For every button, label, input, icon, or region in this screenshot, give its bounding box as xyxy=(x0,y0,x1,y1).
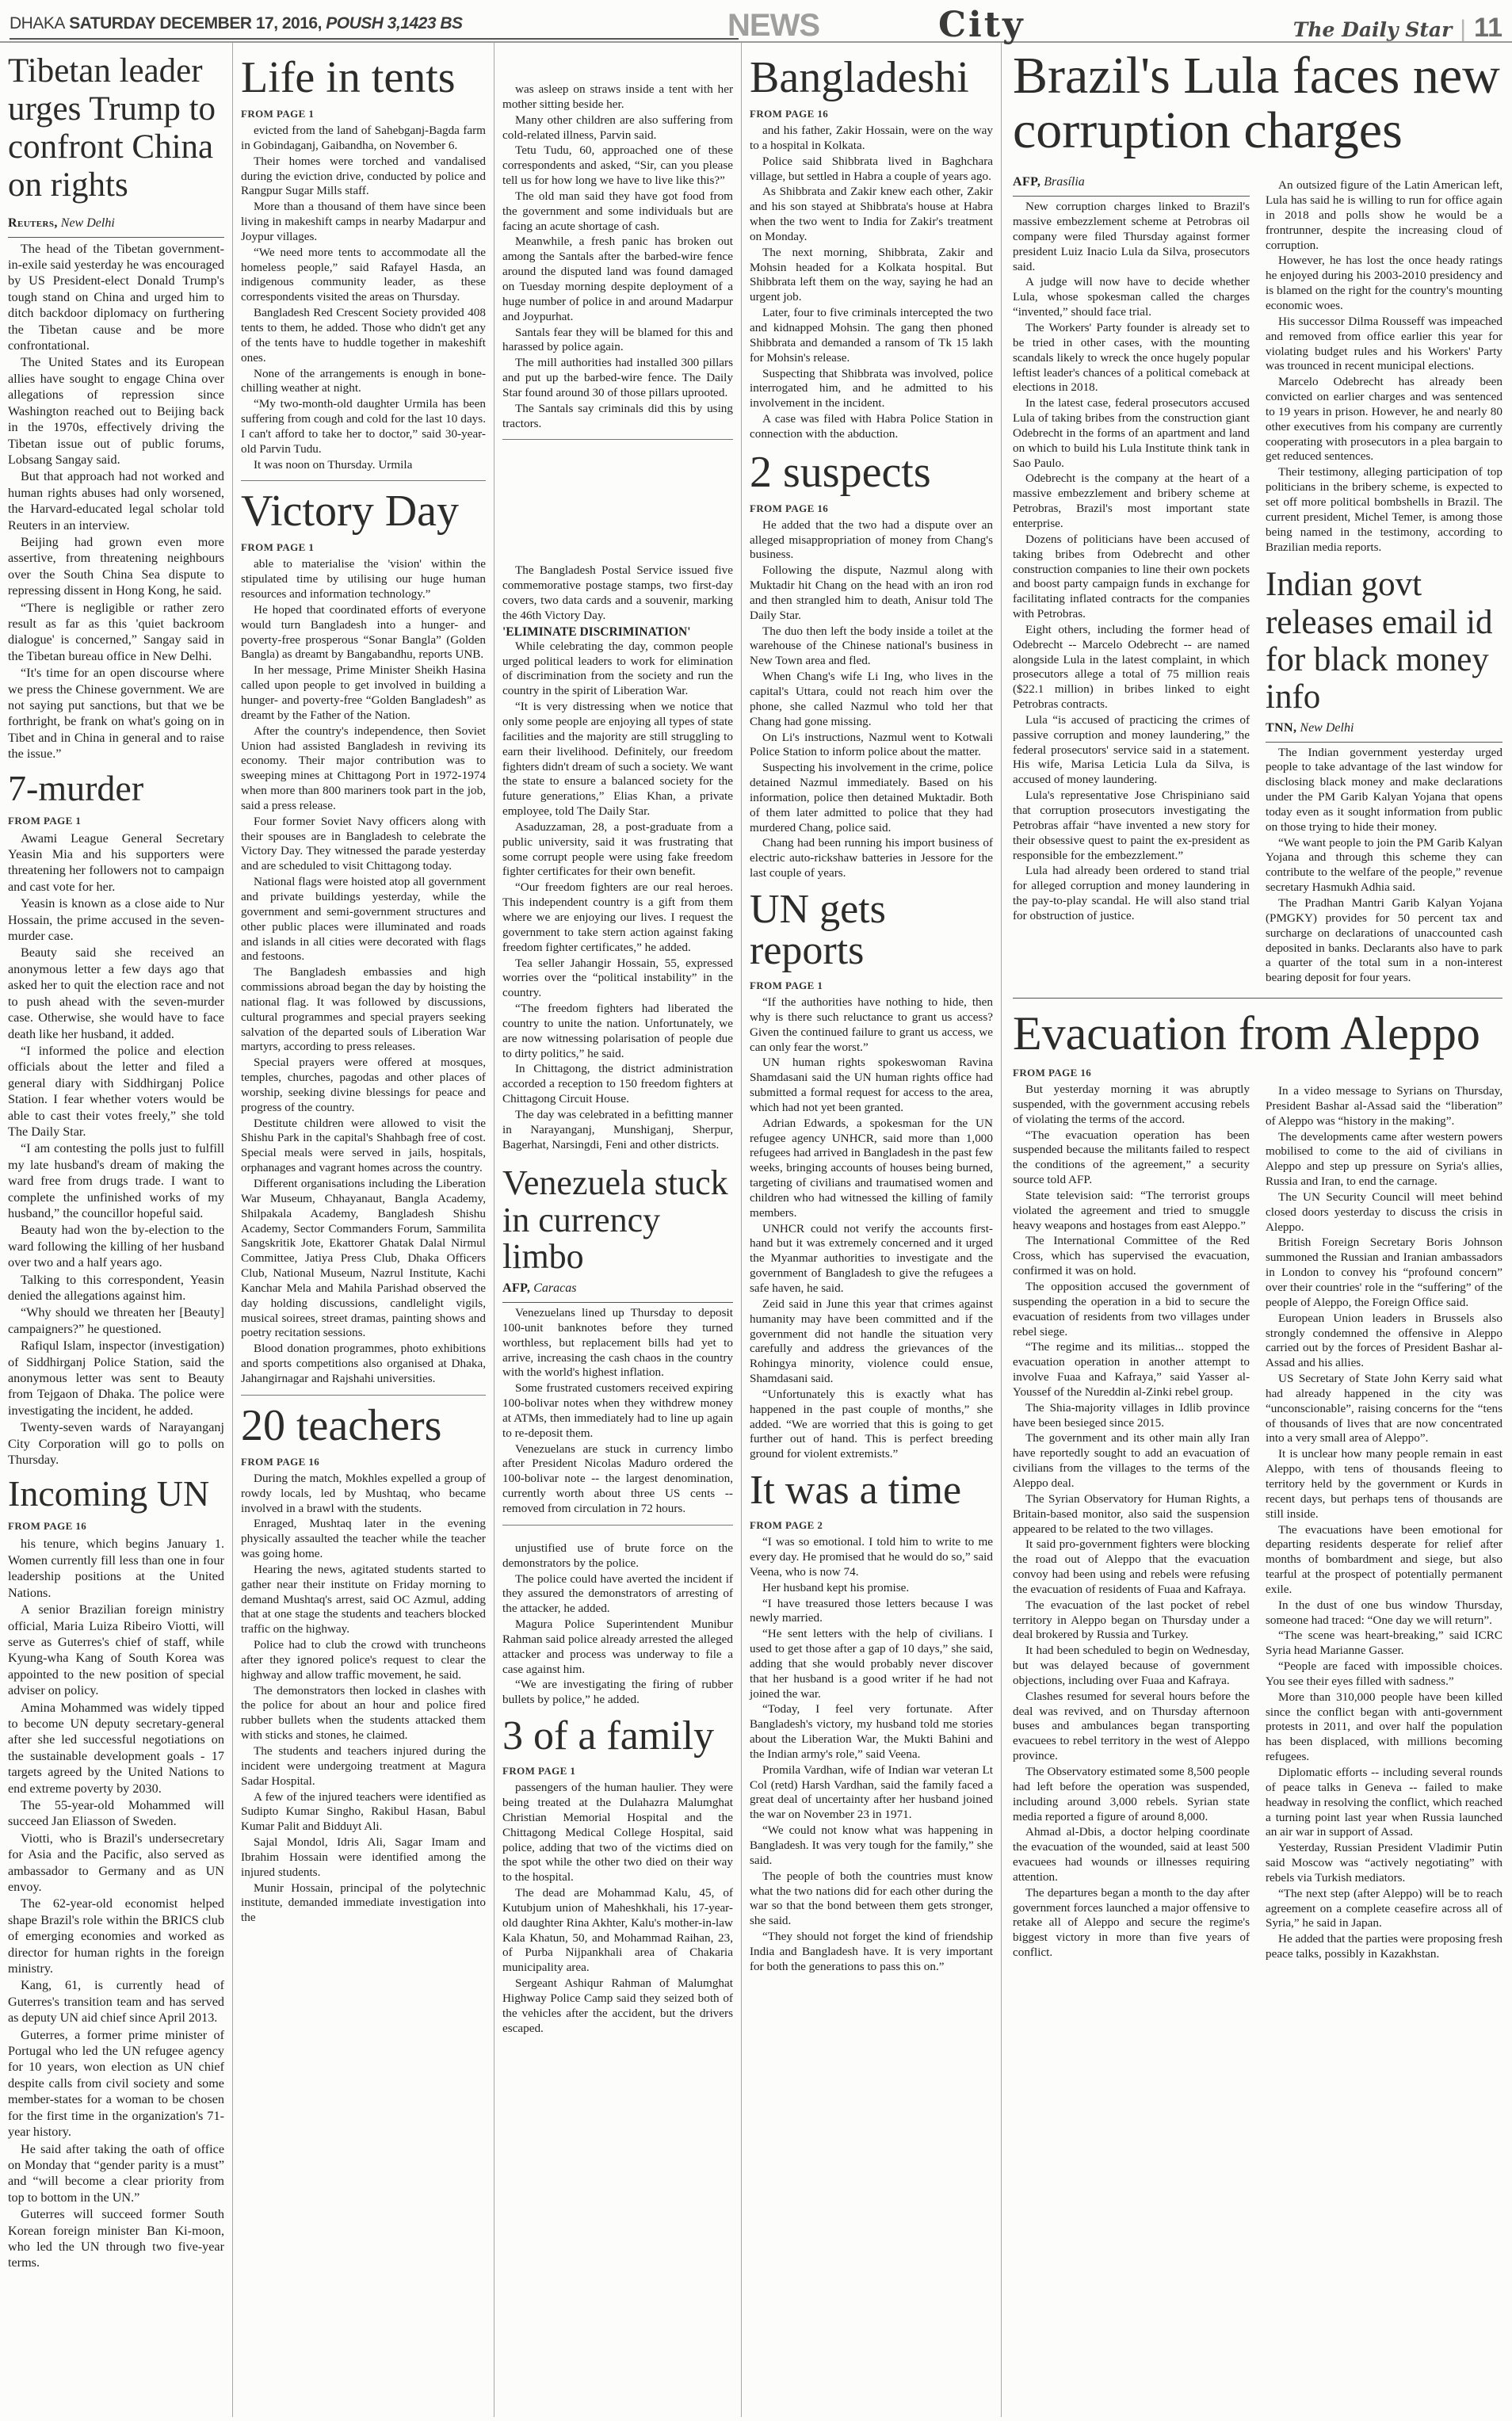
article-incoming-un: Incoming UN FROM PAGE 16 his tenure, whi… xyxy=(8,1476,224,2270)
headline: Brazil's Lula faces new corruption charg… xyxy=(1013,49,1502,158)
lula-column-b: An outsized figure of the Latin American… xyxy=(1266,170,1502,987)
headline: Life in tents xyxy=(241,55,486,100)
paragraph: was asleep on straws inside a tent with … xyxy=(502,82,733,113)
byline-location: New Delhi xyxy=(61,216,115,230)
paragraph: The government and its other main ally I… xyxy=(1013,1431,1250,1491)
paragraph: able to materialise the 'vision' within … xyxy=(241,557,486,602)
paragraph: Some frustrated customers received expir… xyxy=(502,1381,733,1441)
article-2-suspects: 2 suspects FROM PAGE 16 He added that th… xyxy=(750,450,993,881)
page-number: 11 xyxy=(1474,17,1502,40)
paragraph: An outsized figure of the Latin American… xyxy=(1266,178,1502,253)
paragraph: “People are faced with impossible choice… xyxy=(1266,1659,1502,1690)
paragraph: The Observatory estimated some 8,500 peo… xyxy=(1013,1765,1250,1824)
paragraph: his tenure, which begins January 1. Wome… xyxy=(8,1536,224,1601)
paragraph: Police said Shibbrata lived in Baghchara… xyxy=(750,155,993,185)
paragraph: Hearing the news, agitated students star… xyxy=(241,1563,486,1637)
article-divider xyxy=(241,1395,486,1396)
paragraph: After the country's independence, then S… xyxy=(241,724,486,814)
paragraph: The demonstrators then locked in clashes… xyxy=(241,1684,486,1743)
paragraph: “The evacuation operation has been suspe… xyxy=(1013,1128,1250,1188)
column-2: Life in tents FROM PAGE 1 evicted from t… xyxy=(233,43,494,2417)
paragraph: British Foreign Secretary Boris Johnson … xyxy=(1266,1235,1502,1310)
article-un-gets-reports: UN gets reports FROM PAGE 1 “If the auth… xyxy=(750,889,993,1462)
paragraph: Guterres will succeed former South Korea… xyxy=(8,2206,224,2271)
paragraph: The UN Security Council will meet behind… xyxy=(1266,1190,1502,1235)
jump-kicker: FROM PAGE 16 xyxy=(1013,1067,1250,1079)
jump-kicker: FROM PAGE 1 xyxy=(241,108,486,120)
paragraph: In the dust of one bus window Thursday, … xyxy=(1266,1598,1502,1629)
paragraph: The Workers' Party founder is already se… xyxy=(1013,321,1250,395)
article-body: In a video message to Syrians on Thursda… xyxy=(1266,1084,1502,1962)
paragraph: “It is very distressing when we notice t… xyxy=(502,700,733,819)
paragraph: “I have treasured those letters because … xyxy=(750,1597,993,1627)
dateline: DHAKA SATURDAY DECEMBER 17, 2016, POUSH … xyxy=(10,14,739,40)
paragraph: During the match, Mokhles expelled a gro… xyxy=(241,1472,486,1517)
paragraph: Four former Soviet Navy officers along w… xyxy=(241,815,486,874)
paragraph: Many other children are also suffering f… xyxy=(502,113,733,143)
article-divider xyxy=(241,480,486,481)
paragraph: Venezuelans lined up Thursday to deposit… xyxy=(502,1306,733,1380)
article-body: New corruption charges linked to Brazil'… xyxy=(1013,200,1250,924)
victory-day-continuation: The Bangladesh Postal Service issued fiv… xyxy=(502,563,733,1152)
jump-kicker: FROM PAGE 16 xyxy=(750,108,993,120)
column-3: was asleep on straws inside a tent with … xyxy=(494,43,742,2417)
paragraph: Beijing had grown even more assertive, f… xyxy=(8,534,224,599)
paragraph: Amina Mohammed was widely tipped to beco… xyxy=(8,1700,224,1797)
paragraph: “It's time for an open discourse where w… xyxy=(8,665,224,762)
paragraph: “We are investigating the firing of rubb… xyxy=(502,1678,733,1708)
page-body: Tibetan leader urges Trump to confront C… xyxy=(0,43,1512,2417)
right-section: Brazil's Lula faces new corruption charg… xyxy=(1002,43,1512,2417)
article-body: During the match, Mokhles expelled a gro… xyxy=(241,1472,486,1926)
paragraph: Their testimony, alleging participation … xyxy=(1266,465,1502,555)
paragraph: and his father, Zakir Hossain, were on t… xyxy=(750,124,993,154)
paragraph: In a video message to Syrians on Thursda… xyxy=(1266,1084,1502,1129)
paragraph: Adrian Edwards, a spokesman for the UN r… xyxy=(750,1117,993,1221)
paragraph: Twenty-seven wards of Narayanganj City C… xyxy=(8,1419,224,1468)
paragraph: “We need more tents to accommodate all t… xyxy=(241,246,486,305)
paper-logo: The Daily Star xyxy=(1293,20,1452,40)
paragraph: “I informed the police and election offi… xyxy=(8,1043,224,1140)
lula-column-a: AFP, Brasília New corruption charges lin… xyxy=(1013,170,1250,987)
paragraph: “I was so emotional. I told him to write… xyxy=(750,1535,993,1580)
paragraph: Asaduzzaman, 28, a post-graduate from a … xyxy=(502,820,733,880)
paragraph: On Li's instructions, Nazmul went to Kot… xyxy=(750,731,993,761)
paragraph: The police could have averted the incide… xyxy=(502,1572,733,1617)
article-body: But yesterday morning it was abruptly su… xyxy=(1013,1083,1250,1961)
paragraph: In her message, Prime Minister Sheikh Ha… xyxy=(241,663,486,723)
spacer xyxy=(502,48,733,82)
article-body: able to materialise the 'vision' within … xyxy=(241,557,486,1386)
paragraph: Their homes were torched and vandalised … xyxy=(241,155,486,200)
article-7-murder: 7-murder FROM PAGE 1 Awami League Genera… xyxy=(8,770,224,1468)
article-body: “I was so emotional. I told him to write… xyxy=(750,1535,993,1974)
paragraph: Meanwhile, a fresh panic has broken out … xyxy=(502,235,733,324)
section-label-news: NEWS xyxy=(727,11,819,40)
masthead-divider: | xyxy=(1460,18,1466,40)
article-body: his tenure, which begins January 1. Wome… xyxy=(8,1536,224,2270)
paragraph: National flags were hoisted atop all gov… xyxy=(241,875,486,964)
paragraph: More than a thousand of them have since … xyxy=(241,200,486,245)
article-body: He added that the two had a dispute over… xyxy=(750,518,993,881)
byline-org: Reuters, xyxy=(8,216,58,230)
byline: Reuters, New Delhi xyxy=(8,216,224,238)
headline: 7-murder xyxy=(8,770,224,807)
paragraph: Promila Vardhan, wife of Indian war vete… xyxy=(750,1763,993,1823)
paragraph: US Secretary of State John Kerry said wh… xyxy=(1266,1372,1502,1446)
paragraph: When Chang's wife Li Ing, who lives in t… xyxy=(750,670,993,729)
article-body: “If the authorities have nothing to hide… xyxy=(750,995,993,1462)
paragraph: Destitute children were allowed to visit… xyxy=(241,1117,486,1176)
paragraph: Lula's representative Jose Chrispiniano … xyxy=(1013,789,1250,863)
headline: It was a time xyxy=(750,1470,993,1511)
byline-org: TNN, xyxy=(1266,721,1296,735)
paragraph: The evacuation of the last pocket of reb… xyxy=(1013,1598,1250,1644)
headline: 20 teachers xyxy=(241,1403,486,1448)
paragraph: evicted from the land of Sahebganj-Bagda… xyxy=(241,124,486,154)
paragraph: As Shibbrata and Zakir knew each other, … xyxy=(750,185,993,244)
spacer xyxy=(1266,1065,1502,1084)
life-in-tents-continuation: was asleep on straws inside a tent with … xyxy=(502,82,733,431)
paragraph: Dozens of politicians have been accused … xyxy=(1013,533,1250,622)
article-columns: AFP, Brasília New corruption charges lin… xyxy=(1013,170,1502,987)
paragraph: “The next step (after Aleppo) will be to… xyxy=(1266,1887,1502,1932)
paragraph: Suspecting his involvement in the crime,… xyxy=(750,761,993,835)
byline-org: AFP, xyxy=(1013,175,1040,189)
column-1: Tibetan leader urges Trump to confront C… xyxy=(0,43,233,2417)
article-body: The Indian government yesterday urged pe… xyxy=(1266,746,1502,987)
paragraph: The duo then left the body inside a toil… xyxy=(750,624,993,670)
article-body: An outsized figure of the Latin American… xyxy=(1266,178,1502,555)
article-body: The Bangladesh Postal Service issued fiv… xyxy=(502,563,733,623)
paragraph: In the latest case, federal prosecutors … xyxy=(1013,396,1250,471)
paragraph: “Why should we threaten her [Beauty] cam… xyxy=(8,1304,224,1337)
paragraph: Following the dispute, Nazmul along with… xyxy=(750,563,993,623)
article-divider xyxy=(502,439,733,440)
paragraph: The 62-year-old economist helped shape B… xyxy=(8,1896,224,1976)
paragraph: Beauty said she received an anonymous le… xyxy=(8,945,224,1041)
jump-kicker: FROM PAGE 16 xyxy=(241,1456,486,1468)
paragraph: A judge will now have to decide whether … xyxy=(1013,275,1250,320)
headline: Incoming UN xyxy=(8,1476,224,1512)
headline: Victory Day xyxy=(241,489,486,533)
paragraph: The departures began a month to the day … xyxy=(1013,1886,1250,1961)
paragraph: Lula had already been ordered to stand t… xyxy=(1013,864,1250,923)
headline: 2 suspects xyxy=(750,450,993,495)
paragraph: Awami League General Secretary Yeasin Mi… xyxy=(8,831,224,895)
headline: Tibetan leader urges Trump to confront C… xyxy=(8,52,224,205)
paragraph: The next morning, Shibbrata, Zakir and M… xyxy=(750,246,993,305)
paragraph: The head of the Tibetan government-in-ex… xyxy=(8,241,224,354)
byline: TNN, New Delhi xyxy=(1266,721,1502,743)
paragraph: Guterres, a former prime minister of Por… xyxy=(8,2027,224,2140)
article-indian-black-money: Indian govt releases email id for black … xyxy=(1266,566,1502,986)
paragraph: The Shia-majority villages in Idlib prov… xyxy=(1013,1401,1250,1431)
article-lula-corruption: Brazil's Lula faces new corruption charg… xyxy=(1013,49,1502,987)
paragraph: Tea seller Jahangir Hossain, 55, express… xyxy=(502,957,733,1002)
article-columns: FROM PAGE 16 But yesterday morning it wa… xyxy=(1013,1065,1502,1963)
article-evacuation-aleppo: Evacuation from Aleppo FROM PAGE 16 But … xyxy=(1013,1010,1502,1963)
paragraph: Santals fear they will be blamed for thi… xyxy=(502,326,733,356)
paragraph: “He sent letters with the help of civili… xyxy=(750,1627,993,1701)
paragraph: UNHCR could not verify the accounts firs… xyxy=(750,1222,993,1296)
paragraph: unjustified use of brute force on the de… xyxy=(502,1541,733,1571)
paragraph: It was noon on Thursday. Urmila xyxy=(241,458,486,473)
paragraph: Lula “is accused of practicing the crime… xyxy=(1013,713,1250,788)
paragraph: Later, four to five criminals intercepte… xyxy=(750,306,993,365)
article-20-teachers: 20 teachers FROM PAGE 16 During the matc… xyxy=(241,1403,486,1926)
byline-location: New Delhi xyxy=(1300,721,1354,735)
spacer xyxy=(502,445,733,563)
byline: AFP, Brasília xyxy=(1013,175,1250,197)
paragraph: “The regime and its militias... stopped … xyxy=(1013,1340,1250,1400)
paragraph: Beauty had won the by-election to the wa… xyxy=(8,1222,224,1270)
paragraph: “We want people to join the PM Garib Kal… xyxy=(1266,836,1502,895)
paragraph: Kang, 61, is currently head of Guterres'… xyxy=(8,1977,224,2026)
paragraph: Her husband kept his promise. xyxy=(750,1581,993,1596)
newspaper-page: DHAKA SATURDAY DECEMBER 17, 2016, POUSH … xyxy=(0,0,1512,2421)
article-body: evicted from the land of Sahebganj-Bagda… xyxy=(241,124,486,472)
headline: 3 of a family xyxy=(502,1716,733,1757)
paragraph: Eight others, including the former head … xyxy=(1013,623,1250,712)
paragraph: But that approach had not worked and hum… xyxy=(8,468,224,533)
paragraph: The Bangladesh Postal Service issued fiv… xyxy=(502,563,733,623)
paragraph: More than 310,000 people have been kille… xyxy=(1266,1690,1502,1765)
paragraph: While celebrating the day, common people… xyxy=(502,640,733,699)
paragraph: The Pradhan Mantri Garib Kalyan Yojana (… xyxy=(1266,896,1502,986)
article-venezuela-currency: Venezuela stuck in currency limbo AFP, C… xyxy=(502,1165,733,1516)
paragraph: The Santals say criminals did this by us… xyxy=(502,402,733,432)
article-body: passengers of the human haulier. They we… xyxy=(502,1781,733,2036)
paragraph: Diplomatic efforts -- including several … xyxy=(1266,1766,1502,1840)
paragraph: “If the authorities have nothing to hide… xyxy=(750,995,993,1055)
paragraph: Different organisations including the Li… xyxy=(241,1177,486,1341)
paragraph: Zeid said in June this year that crimes … xyxy=(750,1297,993,1387)
paragraph: State television said: “The terrorist gr… xyxy=(1013,1189,1250,1234)
article-tibetan-leader: Tibetan leader urges Trump to confront C… xyxy=(8,52,224,762)
paragraph: His successor Dilma Rousseff was impeach… xyxy=(1266,315,1502,374)
section-label-city: City xyxy=(938,10,1025,40)
paragraph: “Today, I feel very fortunate. After Ban… xyxy=(750,1702,993,1762)
jump-kicker: FROM PAGE 1 xyxy=(750,979,993,992)
paragraph: But yesterday morning it was abruptly su… xyxy=(1013,1083,1250,1128)
paragraph: He added that the parties were proposing… xyxy=(1266,1932,1502,1962)
paragraph: None of the arrangements is enough in bo… xyxy=(241,367,486,397)
paragraph: Blood donation programmes, photo exhibit… xyxy=(241,1342,486,1387)
paragraph: Munir Hossain, principal of the polytech… xyxy=(241,1881,486,1926)
dateline-city: DHAKA xyxy=(10,14,65,32)
paragraph: Tetu Tudu, 60, approached one of these c… xyxy=(502,143,733,189)
masthead: DHAKA SATURDAY DECEMBER 17, 2016, POUSH … xyxy=(0,0,1512,43)
paragraph: The Indian government yesterday urged pe… xyxy=(1266,746,1502,835)
paragraph: Suspecting that Shibbrata was involved, … xyxy=(750,367,993,412)
paragraph: passengers of the human haulier. They we… xyxy=(502,1781,733,1885)
paragraph: Odebrecht is the company at the heart of… xyxy=(1013,472,1250,531)
paragraph: “We could not know what was happening in… xyxy=(750,1823,993,1869)
paragraph: However, he has lost the once heady rati… xyxy=(1266,254,1502,313)
headline: Bangladeshi xyxy=(750,55,993,100)
paragraph: The old man said they have got food from… xyxy=(502,189,733,235)
jump-kicker: FROM PAGE 16 xyxy=(8,1520,224,1533)
paragraph: The people of both the countries must kn… xyxy=(750,1869,993,1929)
article-body: and his father, Zakir Hossain, were on t… xyxy=(750,124,993,442)
paragraph: Magura Police Superintendent Munibur Rah… xyxy=(502,1617,733,1677)
paragraph: Marcelo Odebrecht has already been convi… xyxy=(1266,375,1502,464)
paragraph: In Chittagong, the district administrati… xyxy=(502,1062,733,1107)
section-divider xyxy=(1013,998,1502,999)
article-body: Venezuelans lined up Thursday to deposit… xyxy=(502,1306,733,1517)
paragraph: The evacuations have been emotional for … xyxy=(1266,1523,1502,1598)
headline: Indian govt releases email id for black … xyxy=(1266,566,1502,716)
article-life-in-tents: Life in tents FROM PAGE 1 evicted from t… xyxy=(241,55,486,472)
paragraph: The developments came after western powe… xyxy=(1266,1130,1502,1189)
paragraph: “Unfortunately this is exactly what has … xyxy=(750,1388,993,1462)
article-divider xyxy=(502,1525,733,1526)
paragraph: The International Committee of the Red C… xyxy=(1013,1234,1250,1279)
paragraph: Enraged, Mushtaq later in the evening ph… xyxy=(241,1517,486,1562)
jump-kicker: FROM PAGE 16 xyxy=(750,502,993,515)
article-body: The head of the Tibetan government-in-ex… xyxy=(8,241,224,762)
paragraph: The dead are Mohammad Kalu, 45, of Kutub… xyxy=(502,1886,733,1976)
paragraph: He added that the two had a dispute over… xyxy=(750,518,993,563)
paragraph: The 55-year-old Mohammed will succeed Ja… xyxy=(8,1797,224,1830)
paragraph: “I am contesting the polls just to fulfi… xyxy=(8,1140,224,1221)
paragraph: “The scene was heart-breaking,” said ICR… xyxy=(1266,1629,1502,1659)
article-3-of-a-family: 3 of a family FROM PAGE 1 passengers of … xyxy=(502,1716,733,2036)
paragraph: The Bangladesh embassies and high commis… xyxy=(241,965,486,1055)
byline: AFP, Caracas xyxy=(502,1281,733,1303)
paragraph: Venezuelans are stuck in currency limbo … xyxy=(502,1442,733,1517)
paragraph: The mill authorities had installed 300 p… xyxy=(502,356,733,401)
column-4: Bangladeshi FROM PAGE 16 and his father,… xyxy=(742,43,1002,2417)
paragraph: The United States and its European allie… xyxy=(8,354,224,468)
paragraph: “The freedom fighters had liberated the … xyxy=(502,1002,733,1061)
paragraph: The Syrian Observatory for Human Rights,… xyxy=(1013,1492,1250,1537)
article-bangladeshi: Bangladeshi FROM PAGE 16 and his father,… xyxy=(750,55,993,442)
paragraph: A case was filed with Habra Police Stati… xyxy=(750,412,993,442)
byline-location: Brasília xyxy=(1044,175,1085,189)
aleppo-column-b: In a video message to Syrians on Thursda… xyxy=(1266,1065,1502,1963)
headline: UN gets reports xyxy=(750,889,993,972)
paragraph: Viotti, who is Brazil's undersecretary f… xyxy=(8,1831,224,1896)
paragraph: Rafiqul Islam, inspector (investigation)… xyxy=(8,1338,224,1419)
paragraph: Yesterday, Russian President Vladimir Pu… xyxy=(1266,1841,1502,1886)
paragraph: Sergeant Ashiqur Rahman of Malumghat Hig… xyxy=(502,1976,733,2036)
paragraph: The day was celebrated in a befitting ma… xyxy=(502,1108,733,1153)
article-it-was-a-time: It was a time FROM PAGE 2 “I was so emot… xyxy=(750,1470,993,1974)
masthead-right: The Daily Star | 11 xyxy=(1293,17,1502,40)
paragraph: “My two-month-old daughter Urmila has be… xyxy=(241,397,486,456)
paragraph: UN human rights spokeswoman Ravina Shamd… xyxy=(750,1056,993,1115)
headline: Venezuela stuck in currency limbo xyxy=(502,1165,733,1275)
paragraph: Yeasin is known as a close aide to Nur H… xyxy=(8,895,224,944)
byline-org: AFP, xyxy=(502,1281,530,1295)
paragraph: It is unclear how many people remain in … xyxy=(1266,1447,1502,1522)
paragraph: New corruption charges linked to Brazil'… xyxy=(1013,200,1250,274)
article-body: While celebrating the day, common people… xyxy=(502,640,733,1153)
twenty-teachers-continuation: unjustified use of brute force on the de… xyxy=(502,1541,733,1708)
jump-kicker: FROM PAGE 1 xyxy=(241,541,486,554)
paragraph: “There is negligible or rather zero resu… xyxy=(8,600,224,665)
paragraph: He hoped that coordinated efforts of eve… xyxy=(241,603,486,663)
paragraph: The opposition accused the government of… xyxy=(1013,1280,1250,1339)
dateline-date: SATURDAY DECEMBER 17, 2016, xyxy=(69,14,322,32)
paragraph: European Union leaders in Brussels also … xyxy=(1266,1312,1502,1371)
dateline-bangla: POUSH 3,1423 BS xyxy=(326,14,462,32)
paragraph: The students and teachers injured during… xyxy=(241,1744,486,1789)
paragraph: It had been scheduled to begin on Wednes… xyxy=(1013,1644,1250,1689)
paragraph: He said after taking the oath of office … xyxy=(8,2141,224,2206)
paragraph: “They should not forget the kind of frie… xyxy=(750,1930,993,1975)
paragraph: “Our freedom fighters are our real heroe… xyxy=(502,880,733,955)
paragraph: A few of the injured teachers were ident… xyxy=(241,1790,486,1835)
headline: Evacuation from Aleppo xyxy=(1013,1010,1502,1057)
paragraph: Ahmad al-Dbis, a doctor helping coordina… xyxy=(1013,1825,1250,1884)
paragraph: Talking to this correspondent, Yeasin de… xyxy=(8,1272,224,1304)
paragraph: Sajal Mondol, Idris Ali, Sagar Imam and … xyxy=(241,1835,486,1881)
jump-kicker: FROM PAGE 1 xyxy=(502,1765,733,1778)
paragraph: Clashes resumed for several hours before… xyxy=(1013,1690,1250,1764)
aleppo-column-a: FROM PAGE 16 But yesterday morning it wa… xyxy=(1013,1065,1250,1963)
paragraph: Chang had been running his import busine… xyxy=(750,836,993,881)
byline-location: Caracas xyxy=(533,1281,576,1295)
article-body: Awami League General Secretary Yeasin Mi… xyxy=(8,831,224,1468)
paragraph: Special prayers were offered at mosques,… xyxy=(241,1056,486,1115)
jump-kicker: FROM PAGE 2 xyxy=(750,1519,993,1532)
spacer xyxy=(1266,170,1502,178)
article-victory-day: Victory Day FROM PAGE 1 able to material… xyxy=(241,489,486,1386)
jump-kicker: FROM PAGE 1 xyxy=(8,815,224,827)
spacer xyxy=(502,1530,733,1541)
paragraph: It said pro-government fighters were blo… xyxy=(1013,1537,1250,1597)
paragraph: Police had to club the crowd with trunch… xyxy=(241,1638,486,1683)
paragraph: Bangladesh Red Crescent Society provided… xyxy=(241,306,486,365)
paragraph: A senior Brazilian foreign ministry offi… xyxy=(8,1602,224,1698)
subheading: 'ELIMINATE DISCRIMINATION' xyxy=(502,625,733,640)
